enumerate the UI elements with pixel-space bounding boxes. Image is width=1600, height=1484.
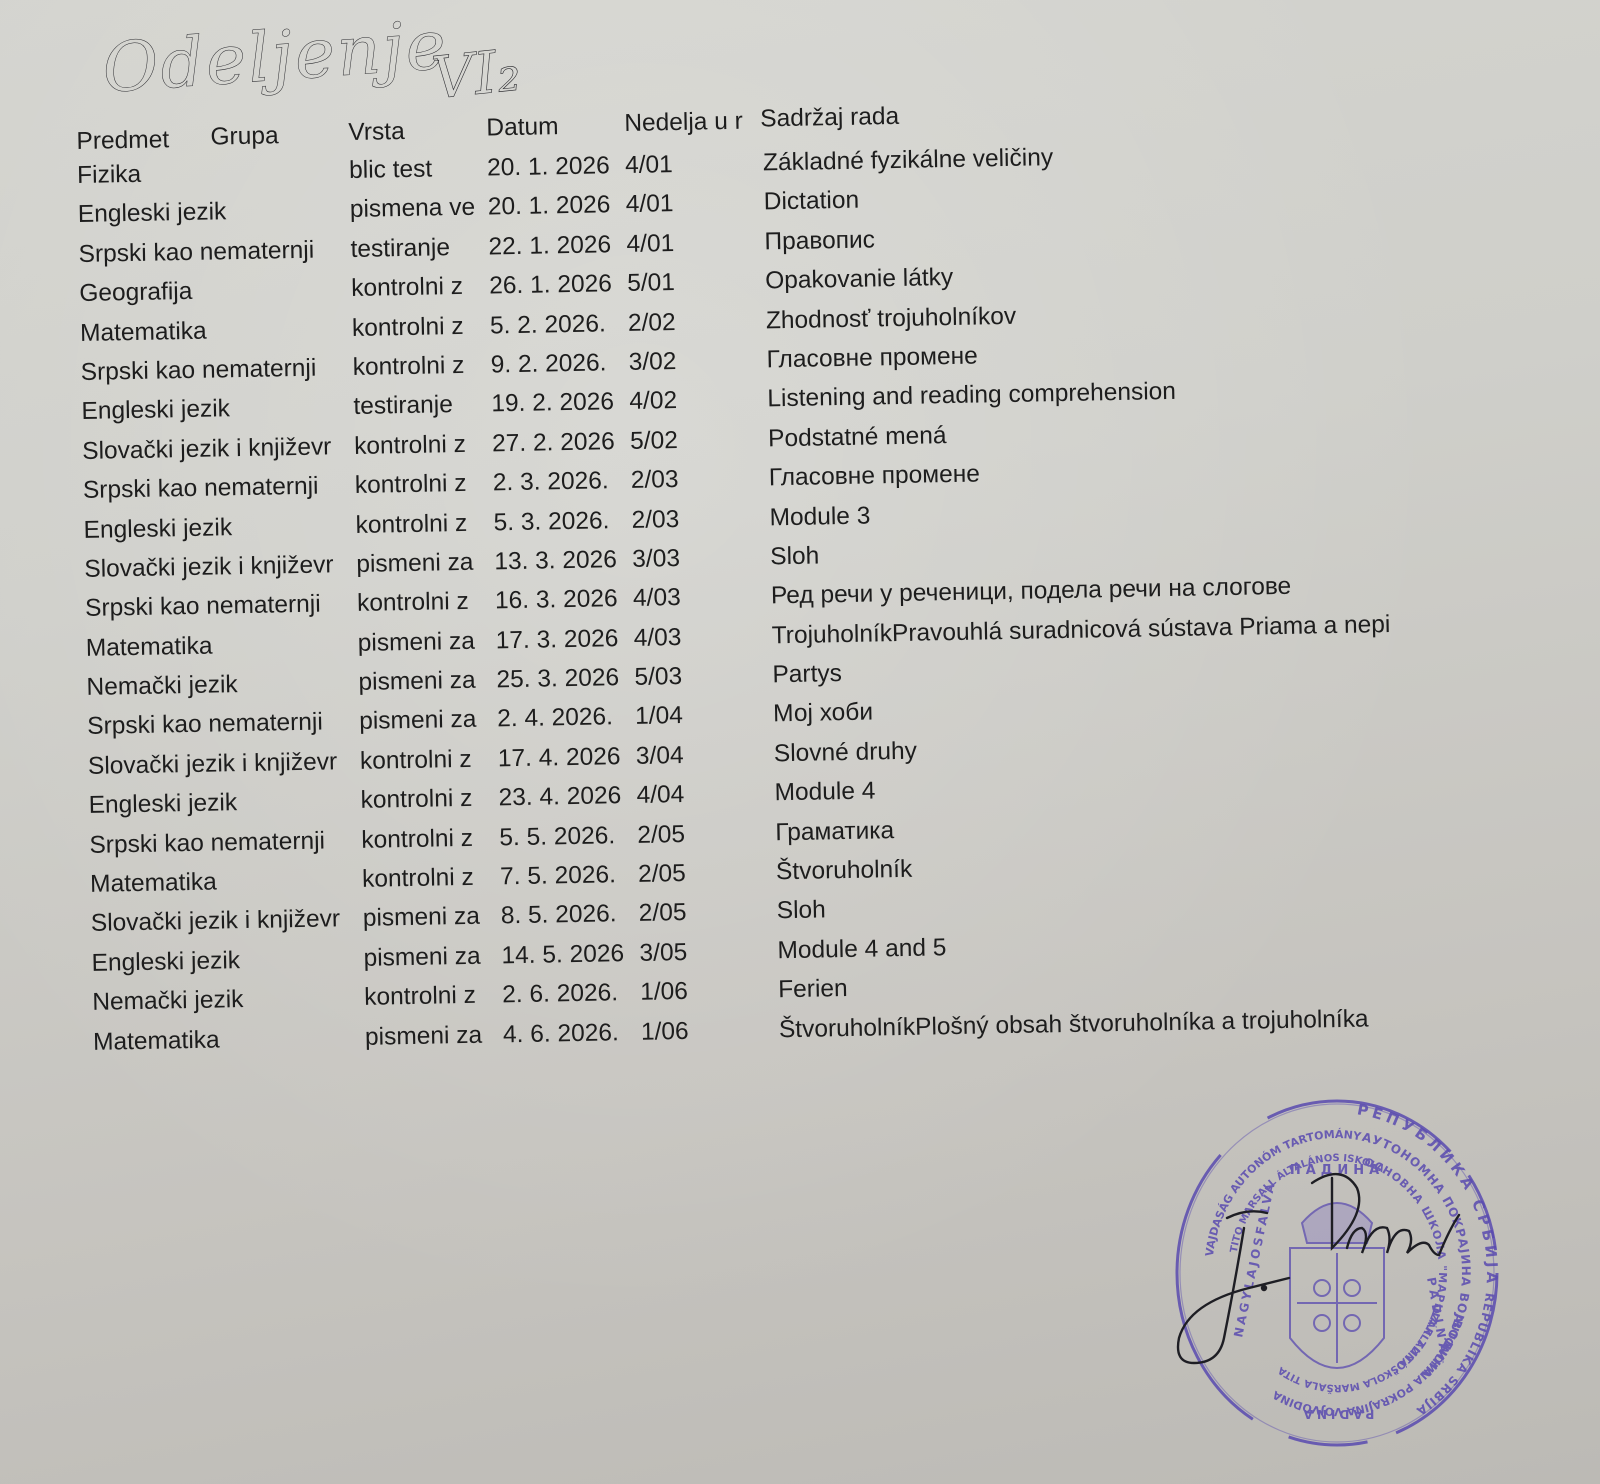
cell-nedelja: 4/01 (625, 143, 762, 184)
cell-datum: 17. 3. 2026 (495, 619, 634, 661)
table-row: Slovački jezik i književrkontrolni z17. … (88, 747, 89, 786)
column-header-datum: Datum (486, 106, 625, 148)
cell-nedelja: 1/06 (640, 971, 777, 1012)
table-row: Matematikapismeni za4. 6. 2026.1/06Štvor… (93, 1022, 94, 1061)
table-row: Nemački jezikkontrolni z2. 6. 2026.1/06F… (92, 983, 93, 1022)
table-row: Srpski kao nematernjitestiranje22. 1. 20… (78, 235, 79, 274)
cell-predmet: Engleski jezik (78, 190, 353, 234)
cell-predmet: Matematika (85, 624, 360, 668)
cell-datum: 8. 5. 2026. (500, 894, 639, 936)
cell-datum: 4. 6. 2026. (503, 1012, 642, 1054)
cell-datum: 5. 3. 2026. (493, 500, 632, 542)
cell-vrsta: kontrolni z (352, 306, 491, 348)
table-body: Fizikablic test20. 1. 20264/01Základné f… (77, 156, 94, 1062)
cell-predmet: Slovački jezik i književr (84, 545, 359, 589)
cell-vrsta: kontrolni z (357, 582, 496, 624)
cell-nedelja: 2/02 (628, 301, 765, 342)
cell-nedelja: 3/04 (636, 734, 773, 775)
cell-nedelja: 2/05 (638, 892, 775, 933)
cell-datum: 20. 1. 2026 (487, 185, 626, 227)
table-row: Engleski jezikpismena ve20. 1. 20264/01D… (78, 195, 79, 234)
cell-predmet: Slovački jezik i književr (88, 742, 363, 786)
cell-datum: 2. 6. 2026. (502, 973, 641, 1015)
handwritten-class-label: Odeljenje (100, 6, 450, 109)
stamp-seal-icon: РЕПУБЛИКА СРБИЈА АУТОНОМНА ПОКРАЈИНА ВОЈ… (1172, 1088, 1502, 1458)
cell-vrsta: pismeni za (363, 936, 502, 978)
cell-nedelja: 1/06 (641, 1010, 778, 1051)
cell-nedelja: 4/01 (626, 222, 763, 263)
cell-predmet: Srpski kao nematernji (89, 820, 364, 864)
cell-datum: 2. 4. 2026. (497, 697, 636, 739)
column-header-sadrzaj: Sadržaj rada (760, 87, 1467, 139)
cell-predmet: Slovački jezik i književr (91, 899, 366, 943)
table-row: Slovački jezik i književrpismeni za8. 5.… (91, 904, 92, 943)
cell-vrsta: pismeni za (358, 660, 497, 702)
cell-datum: 7. 5. 2026. (500, 855, 639, 897)
svg-text:ПАДИНА: ПАДИНА (1290, 1163, 1384, 1178)
cell-datum: 26. 1. 2026 (489, 264, 628, 306)
cell-vrsta: blic test (349, 148, 488, 190)
table-row: Fizikablic test20. 1. 20264/01Základné f… (77, 156, 78, 195)
cell-nedelja: 3/02 (628, 340, 765, 381)
cell-predmet: Srpski kao nematernji (83, 466, 358, 510)
cell-datum: 16. 3. 2026 (495, 579, 634, 621)
cell-vrsta: kontrolni z (352, 345, 491, 387)
table-row: Geografijakontrolni z26. 1. 20265/01Opak… (79, 274, 80, 313)
handwritten-class-number: VI₂ (429, 36, 524, 113)
cell-datum: 25. 3. 2026 (496, 658, 635, 700)
table-row: Matematikapismeni za17. 3. 20264/03Troju… (85, 629, 86, 668)
cell-vrsta: pismeni za (357, 621, 496, 663)
cell-predmet: Engleski jezik (88, 781, 363, 825)
exam-schedule-table: Predmet Grupa Vrsta Datum Nedelja u r Sa… (76, 112, 93, 1062)
cell-nedelja: 2/03 (631, 498, 768, 539)
cell-vrsta: kontrolni z (360, 779, 499, 821)
cell-predmet: Srpski kao nematernji (85, 584, 360, 628)
table-row: Matematikakontrolni z7. 5. 2026.2/05Štvo… (90, 865, 91, 904)
cell-predmet: Srpski kao nematernji (87, 702, 362, 746)
cell-predmet: Geografija (79, 269, 354, 313)
cell-vrsta: kontrolni z (361, 818, 500, 860)
cell-datum: 5. 5. 2026. (499, 815, 638, 857)
cell-nedelja: 2/05 (638, 852, 775, 893)
table-row: Engleski jeziktestiranje19. 2. 20264/02L… (81, 392, 82, 431)
cell-predmet: Matematika (90, 860, 365, 904)
cell-nedelja: 4/04 (636, 774, 773, 815)
table-row: Srpski kao nematernjikontrolni z9. 2. 20… (80, 353, 81, 392)
column-header-vrsta: Vrsta (348, 110, 487, 152)
cell-predmet: Engleski jezik (83, 505, 358, 549)
school-stamp: РЕПУБЛИКА СРБИЈА АУТОНОМНА ПОКРАЈИНА ВОЈ… (1172, 1088, 1502, 1458)
cell-vrsta: kontrolni z (355, 503, 494, 545)
cell-predmet: Nemački jezik (92, 978, 367, 1022)
table-row: Matematikakontrolni z5. 2. 2026.2/02Zhod… (80, 314, 81, 353)
cell-vrsta: kontrolni z (355, 464, 494, 506)
cell-nedelja: 4/02 (629, 380, 766, 421)
table-row: Nemački jezikpismeni za25. 3. 20265/03Pa… (86, 668, 87, 707)
cell-vrsta: testiranje (353, 385, 492, 427)
cell-nedelja: 2/03 (630, 459, 767, 500)
cell-nedelja: 5/02 (630, 419, 767, 460)
table-row: Slovački jezik i književrpismeni za13. 3… (84, 550, 85, 589)
svg-text:PADINA: PADINA (1300, 1407, 1375, 1421)
cell-vrsta: kontrolni z (351, 267, 490, 309)
cell-vrsta: pismeni za (359, 700, 498, 742)
cell-predmet: Matematika (93, 1017, 368, 1061)
cell-datum: 20. 1. 2026 (487, 146, 626, 188)
cell-datum: 19. 2. 2026 (491, 382, 630, 424)
cell-predmet: Srpski kao nematernji (80, 348, 355, 392)
table-row: Srpski kao nematernjipismeni za2. 4. 202… (87, 707, 88, 746)
cell-datum: 27. 2. 2026 (492, 422, 631, 464)
cell-datum: 23. 4. 2026 (498, 776, 637, 818)
cell-vrsta: pismeni za (356, 542, 495, 584)
cell-nedelja: 4/03 (633, 577, 770, 618)
cell-vrsta: kontrolni z (364, 976, 503, 1018)
cell-vrsta: kontrolni z (360, 739, 499, 781)
cell-nedelja: 4/01 (625, 183, 762, 224)
table-row: Slovački jezik i književrkontrolni z27. … (82, 432, 83, 471)
cell-datum: 22. 1. 2026 (488, 225, 627, 267)
table-row: Engleski jezikkontrolni z23. 4. 20264/04… (88, 786, 89, 825)
cell-datum: 13. 3. 2026 (494, 540, 633, 582)
cell-datum: 5. 2. 2026. (490, 303, 629, 345)
cell-predmet: Engleski jezik (81, 387, 356, 431)
cell-vrsta: pismena ve (349, 188, 488, 230)
cell-nedelja: 3/03 (632, 537, 769, 578)
cell-datum: 9. 2. 2026. (490, 343, 629, 385)
cell-datum: 14. 5. 2026 (501, 934, 640, 976)
column-header-grupa: Grupa (210, 115, 341, 156)
column-header-nedelja: Nedelja u r (624, 101, 761, 142)
cell-vrsta: kontrolni z (354, 424, 493, 466)
cell-predmet: Slovački jezik i književr (82, 427, 357, 471)
cell-nedelja: 1/04 (635, 695, 772, 736)
coat-of-arms-icon (1290, 1203, 1384, 1368)
svg-text:РЕПУБЛИКА СРБИЈА: РЕПУБЛИКА СРБИЈА (1356, 1100, 1501, 1287)
table-row: Engleski jezikpismeni za14. 5. 20263/05M… (91, 944, 92, 983)
cell-datum: 2. 3. 2026. (493, 461, 632, 503)
cell-vrsta: pismeni za (362, 897, 501, 939)
cell-nedelja: 5/01 (627, 262, 764, 303)
cell-nedelja: 3/05 (639, 931, 776, 972)
table-row: Srpski kao nematernjikontrolni z16. 3. 2… (85, 589, 86, 628)
cell-predmet: Matematika (80, 309, 355, 353)
cell-predmet: Fizika (77, 151, 352, 195)
cell-predmet: Engleski jezik (91, 939, 366, 983)
table-row: Srpski kao nematernjikontrolni z5. 5. 20… (89, 826, 90, 865)
cell-nedelja: 4/03 (633, 616, 770, 657)
table-header-row: Predmet Grupa Vrsta Datum Nedelja u r Sa… (76, 112, 77, 156)
cell-predmet: Nemački jezik (86, 663, 361, 707)
table-row: Engleski jezikkontrolni z5. 3. 2026.2/03… (83, 510, 84, 549)
cell-predmet: Srpski kao nematernji (78, 230, 353, 274)
cell-vrsta: kontrolni z (362, 857, 501, 899)
cell-datum: 17. 4. 2026 (498, 737, 637, 779)
cell-vrsta: pismeni za (365, 1015, 504, 1057)
table-row: Srpski kao nematernjikontrolni z2. 3. 20… (83, 471, 84, 510)
cell-nedelja: 5/03 (634, 655, 771, 696)
cell-vrsta: testiranje (350, 227, 489, 269)
cell-nedelja: 2/05 (637, 813, 774, 854)
